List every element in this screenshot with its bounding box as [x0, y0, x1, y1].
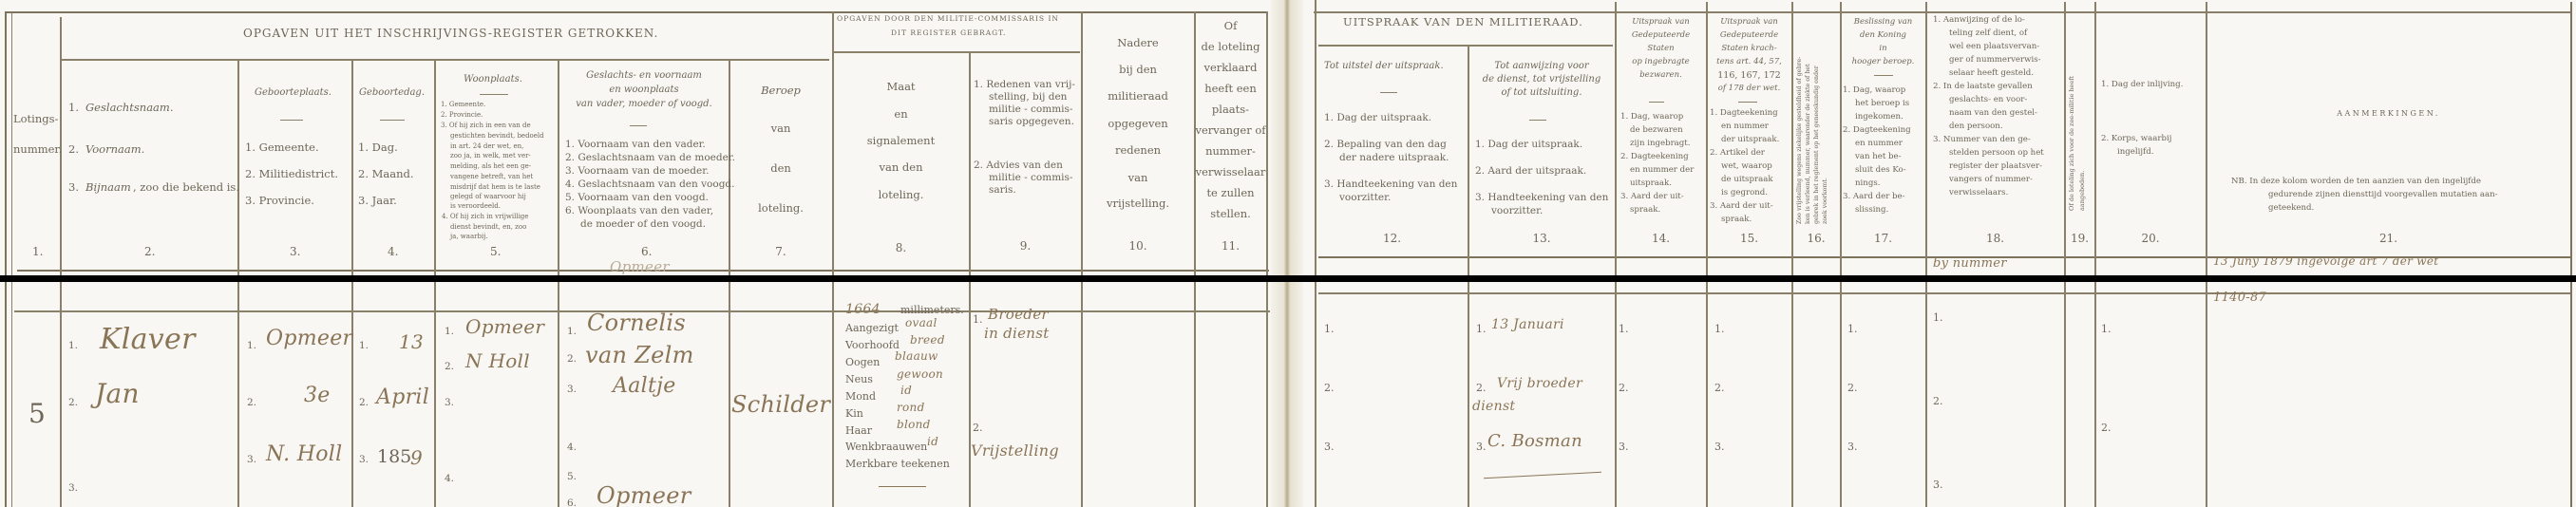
col8-number: 8. [833, 241, 969, 255]
col6-item-label: 4. [567, 441, 577, 454]
col5-line: dienst bevindt, en, zoo [450, 223, 526, 231]
col17-line: ingekomen. [1855, 112, 1904, 122]
col15-title-line: Uitspraak van [1707, 17, 1791, 27]
col2-item-label: 1. [68, 340, 78, 352]
col12-line: voorzitter. [1339, 192, 1391, 204]
col13-line: voorzitter. [1491, 205, 1543, 217]
col5-line: melding, als het een ge- [450, 162, 531, 170]
col14-title-line: Uitspraak van [1616, 17, 1706, 27]
col12-title-rule [1380, 92, 1397, 93]
col1-number: 1. [32, 245, 43, 259]
col15-line: spraak. [1721, 215, 1752, 224]
col14-line: zijn ingebragt. [1630, 139, 1691, 148]
col5-line: ja, waarbij. [450, 233, 488, 240]
col8-line: signalement [833, 134, 969, 147]
col2-label-3-suffix: , zoo die bekend is. [133, 180, 239, 194]
col1-label-line2: nummer. [13, 142, 62, 156]
col17-item-label: 1. [1847, 323, 1858, 336]
col13-item-label: 2. [1476, 382, 1487, 395]
col14-line: 1. Dag, waarop [1620, 112, 1683, 122]
col16-vertical-line: zoek voorkomt. [1822, 178, 1829, 224]
col18-line: 2. In de laatste gevallen [1933, 82, 2033, 91]
col-divider [1925, 2, 1927, 507]
col6-line: 2. Geslachtsnaam van de moeder. [565, 152, 735, 164]
col4-number: 4. [388, 245, 398, 259]
col2-number: 2. [144, 245, 155, 259]
col13-title-line: of tot uitsluiting. [1468, 87, 1615, 99]
col18-line: 1. Aanwijzing of de lo- [1933, 15, 2025, 25]
col9-line: 1. Redenen van vrij- [974, 79, 1075, 91]
col11-line: verklaard [1195, 61, 1266, 74]
col6-title-line: en woonplaats [560, 84, 728, 96]
col11-line: heeft een [1195, 82, 1266, 95]
col15-line: 2. Artikel der [1710, 148, 1765, 158]
col13-item-label: 1. [1476, 323, 1487, 336]
col15-title-rule [1738, 102, 1757, 103]
col10-line: van [1082, 171, 1194, 184]
col10-line: bij den [1082, 63, 1194, 76]
col11-line: te zullen [1195, 186, 1266, 199]
col21-nb-line: geteekend. [2268, 203, 2314, 213]
col18-line: verwisselaars. [1949, 188, 2008, 197]
col6-title-line: van vader, moeder of voogd. [560, 99, 728, 110]
signalement-label: Haar [845, 424, 872, 438]
voornaam-value: Jan [95, 378, 140, 409]
col20-line: ingelijfd. [2117, 147, 2153, 157]
signalement-label: Voorhoofd [845, 339, 900, 352]
col13-title-rule [1529, 120, 1546, 121]
col18-line: selaar heeft gesteld. [1949, 68, 2034, 78]
col17-line: slissing. [1855, 205, 1888, 215]
col17-title-line: Beslissing van [1841, 17, 1925, 27]
col6-line: 5. Voornaam van den voogd. [565, 192, 709, 204]
col14-title-line: Staten [1616, 44, 1706, 53]
col-divider [1315, 0, 1316, 507]
col15-line: der uitspraak. [1721, 135, 1779, 144]
col13-line: 2. Aard der uitspraak. [1475, 165, 1586, 178]
col14-line: de bezwaren [1630, 125, 1683, 135]
col19-number: 19. [2065, 232, 2094, 246]
col17-title-line: den Koning [1841, 30, 1925, 40]
signalement-label: Oogen [845, 356, 880, 369]
col7-line: loteling. [729, 201, 832, 215]
col15-item-label: 3. [1714, 441, 1725, 454]
col11-line: verwisselaar [1195, 165, 1266, 178]
col6-number: 6. [641, 245, 652, 259]
col15-item-label: 1. [1714, 323, 1725, 336]
col2-label-1: Geslachtsnaam. [85, 101, 173, 114]
signalement-label: Merkbare teekenen [845, 458, 950, 471]
ouders-woonplaats-value: Opmeer [597, 482, 691, 507]
col5-line: 1. Gemeente. [441, 101, 485, 108]
col21-number: 21. [2207, 232, 2570, 246]
col18-item-label: 2. [1933, 395, 1943, 408]
col10-line: redenen [1082, 143, 1194, 157]
col6-line: de moeder of den voogd. [580, 218, 706, 231]
col18-line: naam van den gestel- [1949, 108, 2037, 118]
signalement-value: breed [910, 333, 945, 347]
col14-line: 3. Aard der uit- [1620, 192, 1684, 201]
col1-label-line1: Lotings- [13, 112, 58, 125]
col2-label-2-num: 2. [68, 142, 79, 156]
col5-title: Woonplaats. [464, 74, 522, 85]
col2-label-3-num: 3. [68, 180, 79, 194]
geboortemaand-value: April [376, 385, 429, 409]
geboortedag-value: 13 [399, 330, 424, 353]
signalement-value: ovaal [905, 316, 938, 329]
lengte-value: 1664 [845, 302, 881, 317]
col4-line-3: 3. Jaar. [358, 194, 397, 207]
col14-title-rule [1649, 102, 1664, 103]
col17-line: het beroep is [1855, 99, 1909, 108]
col4-title: Geboortedag. [359, 87, 425, 99]
col10-line: vrijstelling. [1082, 197, 1194, 210]
signalement-label: Mond [845, 390, 876, 404]
col21-nb-line: gedurende zijnen diensttijd voorgevallen… [2268, 190, 2498, 199]
col5-line: 3. Of hij zich in een van de [441, 122, 531, 129]
section-rule-inschrijving [60, 59, 829, 61]
signalement-value: gewoon [897, 367, 943, 381]
col20-line: 1. Dag der inlijving. [2101, 80, 2183, 89]
col14-line: en nummer der [1630, 165, 1694, 175]
col4-item-label: 2. [359, 397, 369, 409]
col13-line: 3. Handteekening van den [1475, 192, 1608, 204]
right-page-border [2570, 2, 2572, 507]
col12-item-label: 3. [1324, 441, 1335, 454]
col15-title-line: Gedeputeerde [1707, 30, 1791, 40]
row-top-rule-right [1318, 292, 2572, 294]
col6-line: 4. Geslachtsnaam van den voogd. [565, 178, 734, 191]
col-divider [2206, 2, 2207, 507]
signalement-value: blond [897, 418, 931, 431]
col20-line: 2. Korps, waarbij [2101, 134, 2171, 143]
col6-item-label: 5. [567, 471, 577, 483]
moeder-voornaam-value: Aaltje [613, 374, 676, 398]
col11-line: stellen. [1195, 207, 1266, 220]
woonplaats-provincie-value: N Holl [465, 349, 530, 372]
col3-line-2: 2. Militiedistrict. [245, 167, 338, 180]
col5-line: gestichten bevindt, bedoeld [450, 132, 544, 140]
col10-line: Nadere [1082, 36, 1194, 49]
col-divider [1081, 11, 1083, 507]
col9-number: 9. [970, 239, 1081, 253]
section-rule-militieraad [1318, 45, 1613, 47]
woonplaats-gemeente-value: Opmeer [465, 315, 544, 338]
col6-item-label: 3. [567, 384, 577, 396]
section-rule-commissaris [833, 51, 1080, 53]
col14-line: spraak. [1630, 205, 1660, 215]
screen-divider-bar [0, 275, 2576, 282]
col15-title-line: of 178 der wet. [1707, 84, 1791, 93]
section-title-militieraad: UITSPRAAK VAN DEN MILITIERAAD. [1343, 15, 1583, 28]
col17-line: van het be- [1855, 152, 1902, 161]
col3-title-rule [280, 120, 303, 121]
uitspraak-dag-value: 13 Januari [1491, 317, 1564, 332]
signalement-value: blaauw [895, 349, 938, 363]
col15-line: de uitspraak [1721, 175, 1773, 184]
col5-line: vangene betreft, van het [450, 173, 533, 180]
geboortejaar-hand: 9 [410, 446, 423, 469]
col11-line: de loteling [1195, 40, 1266, 53]
prev-record-c21-value: 13 Juny 1879 ingevolge art 7 der wet [2213, 254, 2438, 268]
col14-item-label: 1. [1619, 323, 1629, 336]
col12-title: Tot uitstel der uitspraak. [1324, 61, 1444, 72]
col5-line: 2. Provincie. [441, 111, 483, 119]
section-title-commissaris-2: DIT REGISTER GEBRAGT. [891, 28, 1006, 37]
geboorteplaats-provincie-value: N. Holl [266, 442, 342, 466]
col18-line: wel een plaatsvervan- [1949, 42, 2039, 51]
col17-item-label: 2. [1847, 382, 1858, 395]
col15-item-label: 2. [1714, 382, 1725, 395]
col5-line: gelegd of waarvoor hij [450, 193, 526, 200]
col20-item-label: 2. [2101, 422, 2112, 435]
col5-title-rule [480, 94, 508, 95]
col14-title-line: bezwaren. [1616, 70, 1706, 80]
col10-line: militieraad [1082, 89, 1194, 103]
col4-item-label: 3. [359, 454, 369, 466]
col9-line: militie - commis- [989, 103, 1072, 116]
geslachtsnaam-value: Klaver [100, 323, 196, 356]
signalement-label: Wenkbraauwen [845, 441, 927, 454]
col8-line: Maat [833, 80, 969, 93]
col12-item-label: 2. [1324, 382, 1335, 395]
geboorteplaats-militiedistrict-value: 3e [304, 384, 331, 407]
col15-line: 1. Dagteekening [1710, 108, 1778, 118]
col4-item-label: 1. [359, 340, 369, 352]
col18-line: den persoon. [1949, 122, 2003, 131]
col17-line: sluit des Ko- [1855, 165, 1906, 175]
geboorteplaats-gemeente-value: Opmeer [266, 327, 352, 350]
col8-line: en [833, 107, 969, 121]
col7-line: den [729, 161, 832, 175]
col8-line: van den [833, 160, 969, 174]
col11-line: nummer- [1195, 144, 1266, 158]
col7-line: Beroep [729, 84, 832, 97]
col3-item-label: 1. [247, 340, 256, 352]
top-rule-right [1314, 11, 2572, 13]
col4-line-1: 1. Dag. [358, 141, 398, 154]
col16-number: 16. [1792, 232, 1840, 246]
col7-line: van [729, 122, 832, 135]
col17-number: 17. [1841, 232, 1925, 246]
col13-item-label: 3. [1476, 441, 1487, 454]
col18-line: teling zelf dient, of [1949, 28, 2027, 38]
prev-record-c6-woonplaats: Opmeer [610, 258, 670, 275]
col12-line: der nadere uitspraak. [1339, 152, 1449, 164]
col18-line: stelden persoon op het [1949, 148, 2044, 158]
advies-value: Vrijstelling [971, 441, 1059, 460]
col9-line: saris. [989, 184, 1016, 197]
col2-item-label: 3. [68, 482, 78, 495]
col17-line: 1. Dag, waarop [1843, 85, 1905, 95]
col15-line: wet, waarop [1721, 161, 1772, 171]
col15-title-line: 116, 167, 172 [1707, 70, 1791, 81]
col11-line: vervanger of [1195, 123, 1266, 137]
col-divider [1266, 11, 1268, 507]
prev-record-c18-value: by nummer [1933, 256, 2007, 271]
col21-nb-line: NB. In deze kolom worden de ten aanzien … [2231, 177, 2481, 186]
redenen-vrijstelling-line2: in dienst [984, 325, 1050, 342]
book-gutter [1271, 0, 1303, 507]
col5-line: zoo ja, in welk, met ver- [450, 152, 531, 160]
col16-vertical-line: Zoo vrijstelling wegens ziekelijke geste… [1796, 57, 1804, 224]
col17-item-label: 3. [1847, 441, 1858, 454]
col15-line: is gegrond. [1721, 188, 1768, 197]
col18-item-label: 1. [1933, 311, 1943, 325]
col17-line: nings. [1855, 178, 1880, 188]
col5-item-label: 4. [445, 473, 454, 485]
col18-line: register der plaatsver- [1949, 161, 2042, 171]
col17-title-line: in [1841, 44, 1925, 53]
col9-line: militie - commis- [989, 172, 1072, 184]
col6-title-line: Geslachts- en voornaam [560, 70, 728, 82]
col14-number: 14. [1616, 232, 1706, 246]
signalement-end-stroke [879, 486, 926, 487]
col19-vertical-line: Of de loteling zich voor de zee-militie … [2069, 76, 2076, 211]
col14-item-label: 3. [1619, 441, 1629, 454]
col14-title-line: op ingebragte [1616, 57, 1706, 66]
col6-line: 1. Voornaam van den vader. [565, 139, 706, 151]
col9-line: saris opgegeven. [989, 116, 1074, 128]
signalement-label: Kin [845, 407, 863, 421]
col-divider [558, 59, 559, 507]
col3-item-label: 3. [247, 454, 256, 466]
col13-title-line: Tot aanwijzing voor [1468, 61, 1615, 72]
col12-line: 2. Bepaling van den dag [1324, 139, 1447, 151]
col18-line: vangers of nummer- [1949, 175, 2033, 184]
col3-title: Geboorteplaats. [255, 87, 331, 99]
col5-line: in art. 24 der wet, en, [450, 142, 523, 150]
col7-number: 7. [729, 245, 832, 259]
col2-item-label: 2. [68, 397, 78, 409]
col6-item-label: 2. [567, 353, 577, 366]
col-divider [351, 59, 353, 507]
col8-line: loteling. [833, 188, 969, 201]
col19-vertical-line: aangeboden. [2079, 171, 2087, 211]
col4-line-2: 2. Maand. [358, 167, 414, 180]
col9-line: stelling, bij den [989, 91, 1067, 103]
col15-number: 15. [1707, 232, 1791, 246]
col9-item-label-1: 1. [973, 313, 983, 327]
col6-line: 3. Voornaam van de moeder. [565, 165, 709, 178]
col12-line: 1. Dag der uitspraak. [1324, 112, 1431, 124]
signalement-value: id [900, 384, 912, 397]
col17-line: en nummer [1855, 139, 1903, 148]
col5-line: is veroordeeld. [450, 202, 501, 210]
col-divider [237, 59, 239, 507]
col18-number: 18. [1926, 232, 2064, 246]
col3-item-label: 2. [247, 397, 256, 409]
col6-item-label: 6. [567, 498, 577, 507]
col15-title-line: tens art. 44, 57, [1707, 57, 1791, 66]
col5-line: misdrijf dat hem is te laste [450, 183, 540, 191]
col-divider [434, 59, 436, 507]
col12-item-label: 1. [1324, 323, 1335, 336]
col3-number: 3. [290, 245, 300, 259]
beroep-value: Schilder [731, 391, 830, 418]
col15-line: 3. Aard der uit- [1710, 201, 1773, 211]
col-divider [2064, 2, 2066, 507]
col5-number: 5. [490, 245, 501, 259]
col3-line-1: 1. Gemeente. [245, 141, 319, 154]
col16-vertical-line: ken is verleend, nummer, waaronder de zi… [1805, 64, 1812, 224]
col2-label-2: Voornaam. [85, 142, 144, 156]
col-divider [1791, 2, 1793, 507]
col5-line: 4. Of hij zich in vrijwillige [442, 213, 528, 220]
col12-number: 12. [1383, 232, 1401, 246]
col14-item-label: 2. [1619, 382, 1629, 395]
signalement-label: Aangezigt [845, 322, 899, 335]
col9-line: 2. Advies van den [974, 160, 1063, 172]
col3-line-3: 3. Provincie. [245, 194, 314, 207]
col12-line: 3. Handteekening van den [1324, 178, 1457, 191]
signalement-value: rond [897, 401, 925, 414]
col14-line: 2. Dagteekening [1620, 152, 1689, 161]
col18-line: ger of nummerverwis- [1949, 55, 2041, 65]
col14-title-line: Gedeputeerde [1616, 30, 1706, 40]
signalement-value: id [927, 435, 938, 448]
col10-number: 10. [1082, 239, 1194, 253]
left-page-border [5, 11, 12, 507]
col5-item-label: 1. [445, 326, 454, 338]
col15-line: en nummer [1721, 122, 1769, 131]
col17-line: 2. Dagteekening [1843, 125, 1911, 135]
col14-line: uitspraak. [1630, 178, 1672, 188]
lengte-unit: millimeters. [900, 304, 964, 317]
col20-item-label: 1. [2101, 323, 2112, 336]
vader-voornaam-value: Cornelis [587, 310, 686, 336]
col-divider [1840, 2, 1842, 507]
col10-line: opgegeven [1082, 117, 1194, 130]
col-divider [60, 17, 62, 507]
col15-title-line: Staten krach- [1707, 44, 1791, 53]
col5-item-label: 2. [445, 361, 454, 373]
uitspraak-aard-line1: Vrij broeder [1497, 376, 1582, 391]
top-rule-left [5, 11, 1268, 13]
col2-label-1-num: 1. [68, 101, 79, 114]
col6-line: 6. Woonplaats van den vader, [565, 205, 713, 217]
col5-item-label: 3. [445, 397, 454, 409]
col4-title-rule [380, 120, 405, 121]
col17-title-rule [1874, 75, 1893, 76]
col17-title-line: hooger beroep. [1841, 57, 1925, 66]
col6-title-rule [630, 125, 647, 126]
col21-title: AANMERKINGEN. [2207, 109, 2570, 119]
voorzitter-handteekening: C. Bosman [1487, 431, 1582, 451]
section-title-inschrijving: OPGAVEN UIT HET INSCHRIJVINGS-REGISTER G… [243, 27, 658, 41]
col16-vertical-line: gebrek in het reglement op het geneeskun… [1813, 66, 1821, 224]
col13-number: 13. [1468, 232, 1615, 246]
lotingsnummer-value: 5 [28, 397, 46, 430]
col13-line: 1. Dag der uitspraak. [1475, 139, 1582, 151]
col13-title-line: de dienst, tot vrijstelling [1468, 74, 1615, 85]
col17-line: 3. Aard der be- [1843, 192, 1905, 201]
col18-item-label: 3. [1933, 479, 1943, 492]
col18-line: 3. Nummer van den ge- [1933, 135, 2031, 144]
moeder-geslachtsnaam-value: van Zelm [585, 342, 694, 368]
geboortejaar-printed: 185 [377, 446, 411, 469]
signalement-label: Neus [845, 373, 873, 386]
col20-number: 20. [2095, 232, 2206, 246]
col2-label-3: Bijnaam [85, 180, 131, 194]
col-divider [2094, 2, 2096, 507]
col11-number: 11. [1195, 239, 1266, 253]
col11-line: plaats- [1195, 103, 1266, 116]
col18-line: geslachts- en voor- [1949, 95, 2027, 104]
col6-item-label: 1. [567, 326, 577, 338]
section-title-commissaris-1: OPGAVEN DOOR DEN MILITIE-COMMISSARIS IN [837, 14, 1059, 23]
col9-item-label-2: 2. [973, 422, 983, 435]
